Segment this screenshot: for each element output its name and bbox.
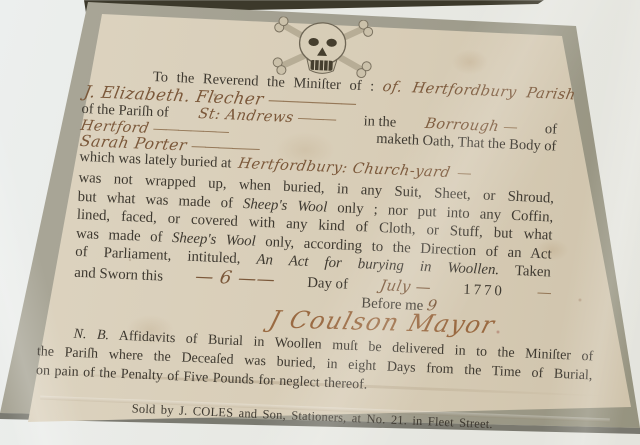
- parish-borough-handwritten: Borrough: [424, 116, 501, 136]
- sworn-trailing-rule: —: [535, 284, 551, 302]
- skull: [298, 22, 346, 74]
- sworn-day: — 6 ——: [194, 268, 277, 289]
- parish-printed-c: of: [545, 121, 558, 139]
- framed-burial-certificate-photo: To the Reverend the Miniſter of : of. He…: [0, 0, 640, 445]
- parish-rule-b: —: [502, 119, 518, 136]
- sworn-year: 1770: [463, 280, 505, 300]
- mayor-signature: J Coulson Mayor: [266, 305, 499, 339]
- sworn-printed-b: Day of: [307, 273, 348, 293]
- parish-printed-b: in the: [363, 113, 396, 131]
- body-line-5b: Taken: [515, 263, 552, 281]
- sworn-printed-a: and Sworn this: [74, 263, 163, 285]
- parish-rule-a: ———: [295, 110, 336, 129]
- body-line-4-italic: Sheep's Wool: [172, 229, 256, 249]
- skull-and-crossbones-svg: [266, 16, 378, 79]
- body-line-2-italic: Sheep's Wool: [243, 196, 328, 216]
- certificate-content: To the Reverend the Miniſter of : of. He…: [68, 6, 561, 434]
- sworn-month: July —: [378, 277, 432, 297]
- burial-rule: —: [456, 165, 472, 182]
- deceased-name: Sarah Porter: [79, 134, 188, 154]
- deceased-rule: —————: [189, 139, 259, 157]
- notice-label: N. B.: [73, 326, 109, 343]
